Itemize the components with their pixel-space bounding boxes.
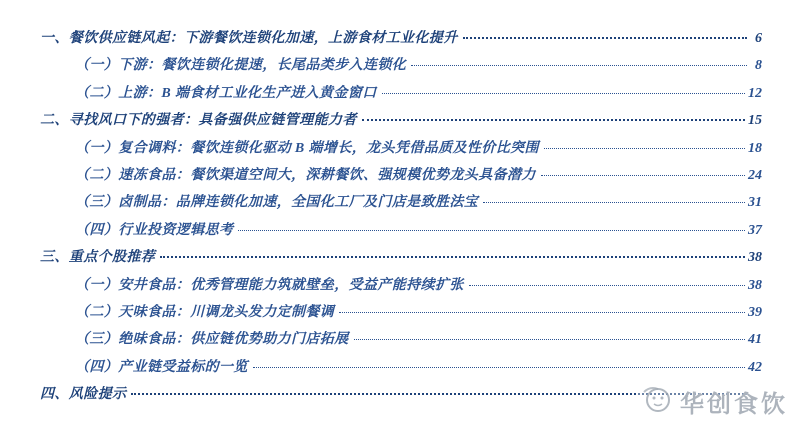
toc-entry-label: （一）下游：餐饮连锁化提速，长尾品类步入连锁化	[40, 54, 406, 74]
toc-entry-page: 6	[750, 31, 762, 47]
toc-entry[interactable]: （一）安井食品：优秀管理能力筑就壁垒，受益产能持续扩张 38	[40, 274, 762, 301]
dot-leader	[362, 119, 745, 121]
dot-leader	[382, 93, 745, 94]
dot-leader	[544, 148, 745, 149]
toc-entry-page: 37	[748, 223, 762, 239]
toc-entry[interactable]: 二、寻找风口下的强者：具备强供应链管理能力者 15	[40, 109, 762, 136]
toc-entry[interactable]: （二）天味食品：川调龙头发力定制餐调 39	[40, 301, 762, 328]
dot-leader	[160, 256, 745, 258]
toc-entry-label: （二）上游：B 端食材工业化生产进入黄金窗口	[40, 82, 377, 102]
dot-leader	[463, 37, 747, 39]
watermark: 华创食饮	[636, 382, 792, 421]
dot-leader	[354, 339, 745, 340]
toc-entry-page: 24	[748, 168, 762, 184]
huachuang-logo-icon	[640, 384, 674, 419]
toc-entry-page: 38	[748, 278, 762, 294]
toc-entry-page: 8	[750, 58, 762, 74]
dot-leader	[339, 312, 745, 313]
dot-leader	[411, 65, 747, 66]
toc-entry-page: 15	[748, 113, 762, 129]
toc-entry[interactable]: （二）上游：B 端食材工业化生产进入黄金窗口 12	[40, 82, 762, 109]
toc-entry-label: （四）产业链受益标的一览	[40, 356, 248, 376]
toc-entry-page: 18	[748, 141, 762, 157]
dot-leader	[469, 285, 745, 286]
toc-entry[interactable]: 三、重点个股推荐 38	[40, 246, 762, 273]
toc-entry-label: （三）卤制品：品牌连锁化加速，全国化工厂及门店是致胜法宝	[40, 191, 478, 211]
toc-entry-label: 三、重点个股推荐	[40, 246, 155, 266]
toc-entry-label: 一、餐饮供应链风起：下游餐饮连锁化加速，上游食材工业化提升	[40, 27, 458, 47]
toc-entry[interactable]: （三）绝味食品：供应链优势助力门店拓展 41	[40, 328, 762, 355]
toc-entry-label: （一）复合调料：餐饮连锁化驱动 B 端增长，龙头凭借品质及性价比突围	[40, 137, 539, 157]
toc-entry-page: 12	[748, 86, 762, 102]
toc-entry-label: （一）安井食品：优秀管理能力筑就壁垒，受益产能持续扩张	[40, 274, 464, 294]
toc-entry[interactable]: （四）产业链受益标的一览 42	[40, 356, 762, 383]
dot-leader	[541, 175, 745, 176]
toc-entry[interactable]: （一）下游：餐饮连锁化提速，长尾品类步入连锁化 8	[40, 54, 762, 81]
dot-leader	[238, 230, 745, 231]
toc-entry-label: （二）速冻食品：餐饮渠道空间大，深耕餐饮、强规模优势龙头具备潜力	[40, 164, 536, 184]
toc-entry-label: 四、风险提示	[40, 383, 126, 403]
toc-entry-page: 39	[748, 305, 762, 321]
toc-entry-page: 38	[748, 250, 762, 266]
toc-entry[interactable]: （三）卤制品：品牌连锁化加速，全国化工厂及门店是致胜法宝 31	[40, 191, 762, 218]
dot-leader	[483, 202, 745, 203]
watermark-text: 华创食饮	[680, 384, 788, 419]
toc-entry-page: 41	[748, 332, 762, 348]
toc-entry[interactable]: 一、餐饮供应链风起：下游餐饮连锁化加速，上游食材工业化提升 6	[40, 27, 762, 54]
toc-entry[interactable]: （一）复合调料：餐饮连锁化驱动 B 端增长，龙头凭借品质及性价比突围 18	[40, 137, 762, 164]
toc-entry-label: （二）天味食品：川调龙头发力定制餐调	[40, 301, 334, 321]
toc-entry-page: 31	[748, 195, 762, 211]
dot-leader	[253, 367, 745, 368]
toc-entry-page: 42	[748, 360, 762, 376]
toc-entry-label: 二、寻找风口下的强者：具备强供应链管理能力者	[40, 109, 357, 129]
toc-entry-label: （四）行业投资逻辑思考	[40, 219, 233, 239]
toc-entry[interactable]: （二）速冻食品：餐饮渠道空间大，深耕餐饮、强规模优势龙头具备潜力 24	[40, 164, 762, 191]
table-of-contents: 一、餐饮供应链风起：下游餐饮连锁化加速，上游食材工业化提升 6 （一）下游：餐饮…	[40, 27, 762, 410]
toc-entry[interactable]: （四）行业投资逻辑思考 37	[40, 219, 762, 246]
toc-entry-label: （三）绝味食品：供应链优势助力门店拓展	[40, 328, 349, 348]
